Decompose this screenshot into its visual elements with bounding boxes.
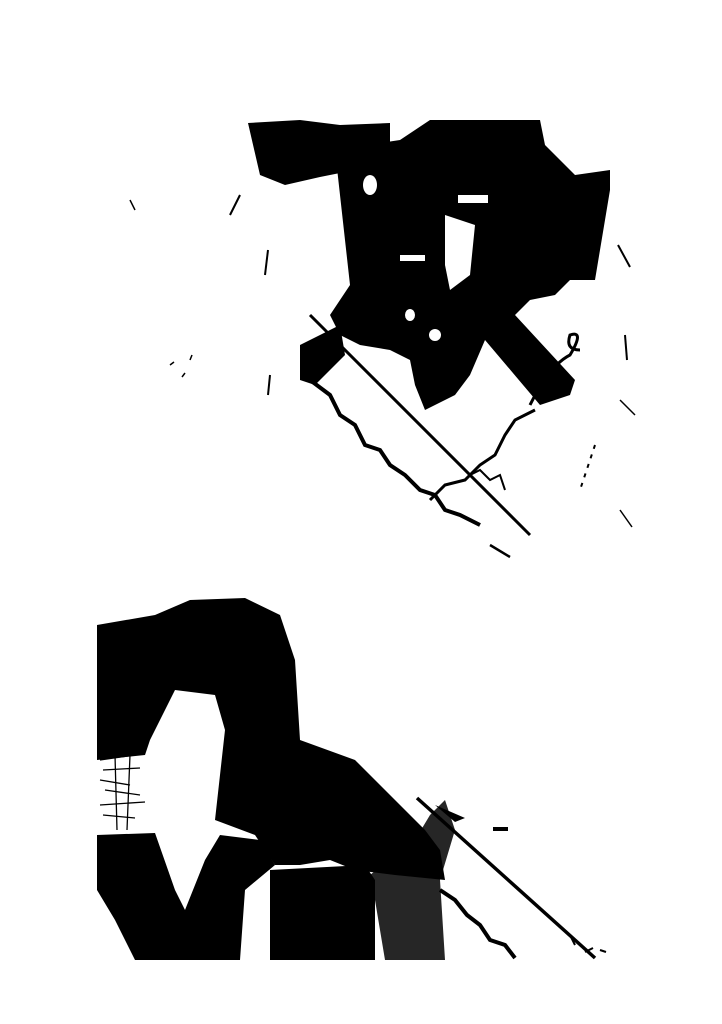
- thresholded-image-top: [100, 115, 645, 585]
- thresholded-image-bottom: [95, 590, 640, 965]
- photo-panel-bottom: [95, 590, 640, 965]
- photo-panel-top: [100, 115, 645, 585]
